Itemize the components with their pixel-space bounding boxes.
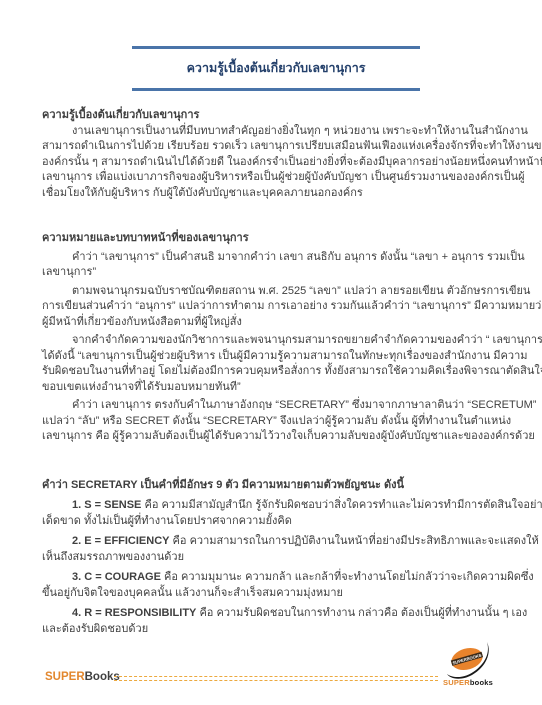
document-page: ความรู้เบื้องต้นเกี่ยวกับเลขานุการ ความร… — [0, 0, 542, 705]
logo-caption: SUPERbooks — [436, 678, 500, 687]
text-line: เด็ดขาด ทั้งไม่เป็นผู้ที่ทำงานโดยปราศจาก… — [42, 514, 504, 530]
paragraph: จากคำจำกัดความของนักวิชาการและพจนานุกรมส… — [42, 333, 504, 395]
section-heading: ความหมายและบทบาทหน้าที่ของเลขานุการ — [42, 231, 504, 247]
text-line: เห็นถึงสมรรถภาพของงานด้วย — [42, 550, 504, 566]
logo-super-text: SUPER — [443, 678, 470, 687]
acronym-term: 1. S = SENSE — [72, 499, 141, 511]
text-line: งานเลขานุการเป็นงานที่มีบทบาทสำคัญอย่างย… — [42, 124, 504, 140]
text-line: สามารถดำเนินการไปด้วย เรียบร้อย รวดเร็ว … — [42, 139, 504, 155]
acronym-item: 3. C = COURAGE คือ ความมุมานะ ความกล้า แ… — [42, 570, 504, 601]
acronym-item: 1. S = SENSE คือ ความมีสามัญสำนึก รู้จัก… — [42, 498, 504, 529]
text-line: คำว่า เลขานุการ ตรงกับคำในภาษาอังกฤษ “SE… — [42, 398, 504, 414]
acronym-definition: คือ ความมุมานะ ความกล้า และกล้าที่จะทำงา… — [161, 571, 534, 583]
page-title-banner: ความรู้เบื้องต้นเกี่ยวกับเลขานุการ — [132, 46, 420, 91]
acronym-item: 4. R = RESPONSIBILITY คือ ความรับผิดชอบใ… — [42, 606, 504, 637]
text-line: และต้องรับผิดชอบด้วย — [42, 622, 504, 638]
text-line: เลขานุการ” — [42, 265, 504, 281]
section-heading: ความรู้เบื้องต้นเกี่ยวกับเลขานุการ — [42, 108, 504, 124]
brand-super-text: SUPER — [45, 671, 85, 683]
logo-books-text: books — [470, 678, 493, 687]
superbooks-logo-icon: SUPERBOOKS — [442, 641, 494, 681]
text-line: ผู้มีหน้าที่เกี่ยวข้องกับหนังสือตามที่ผู… — [42, 315, 504, 331]
text-line: 3. C = COURAGE คือ ความมุมานะ ความกล้า แ… — [42, 570, 504, 586]
text-line: ตามพจนานุกรมฉบับราชบัณฑิตยสถาน พ.ศ. 2525… — [42, 284, 504, 300]
paragraph: คำว่า “เลขานุการ” เป็นคำสนธิ มาจากคำว่า … — [42, 250, 504, 281]
section-intro: ความรู้เบื้องต้นเกี่ยวกับเลขานุการ งานเล… — [42, 108, 504, 201]
section-meaning: ความหมายและบทบาทหน้าที่ของเลขานุการ คำว่… — [42, 231, 504, 445]
text-line: 4. R = RESPONSIBILITY คือ ความรับผิดชอบใ… — [42, 606, 504, 622]
acronym-definition: คือ ความสามารถในการปฏิบัติงานในหน้าที่อย… — [170, 535, 539, 547]
text-line: 2. E = EFFICIENCY คือ ความสามารถในการปฏิ… — [42, 534, 504, 550]
text-line: การเขียนส่วนคำว่า “อนุการ” แปลว่าการทำตา… — [42, 299, 504, 315]
acronym-term: 3. C = COURAGE — [72, 571, 161, 583]
document-body: ความรู้เบื้องต้นเกี่ยวกับเลขานุการ งานเล… — [42, 108, 504, 637]
acronym-item: 2. E = EFFICIENCY คือ ความสามารถในการปฏิ… — [42, 534, 504, 565]
text-line: จากคำจำกัดความของนักวิชาการและพจนานุกรมส… — [42, 333, 504, 349]
text-line: แปลว่า “ลับ” หรือ SECRET ดังนั้น “SECRET… — [42, 414, 504, 430]
text-line: ได้ดังนี้ “เลขานุการเป็นผู้ช่วยผู้บริหาร… — [42, 349, 504, 365]
paragraph: ตามพจนานุกรมฉบับราชบัณฑิตยสถาน พ.ศ. 2525… — [42, 284, 504, 331]
acronym-definition: คือ ความรับผิดชอบในการทำงาน กล่าวคือ ต้อ… — [196, 607, 527, 619]
text-line: 1. S = SENSE คือ ความมีสามัญสำนึก รู้จัก… — [42, 498, 504, 514]
acronym-term: 4. R = RESPONSIBILITY — [72, 607, 196, 619]
footer-dashed-line — [114, 676, 438, 681]
text-line: ขอบเขตแห่งอำนาจที่ได้รับมอบหมายทันที” — [42, 380, 504, 396]
footer-brand-left: SUPERBooks — [45, 671, 120, 683]
text-line: องค์กรนั้น ๆ สามารถดำเนินไปได้ด้วยดี ในอ… — [42, 155, 504, 171]
text-line: รับผิดชอบในงานที่ทำอยู่ โดยไม่ต้องมีการค… — [42, 364, 504, 380]
paragraph: คำว่า เลขานุการ ตรงกับคำในภาษาอังกฤษ “SE… — [42, 398, 504, 445]
acronym-term: 2. E = EFFICIENCY — [72, 535, 170, 547]
text-line: คำว่า “เลขานุการ” เป็นคำสนธิ มาจากคำว่า … — [42, 250, 504, 266]
publisher-logo: SUPERBOOKS SUPERbooks — [436, 641, 500, 687]
text-line: เลขานุการ คือ ผู้รู้ความลับต้องเป็นผู้ได… — [42, 429, 504, 445]
section-secretary-acronym: คำว่า SECRETARY เป็นคำที่มีอักษร 9 ตัว ม… — [42, 478, 504, 638]
text-line: เชื่อมโยงให้กับผู้บริหาร กับผู้ใต้บังคับ… — [42, 186, 504, 202]
text-line: เลขานุการ เพื่อแบ่งเบาภารกิจของผู้บริหาร… — [42, 170, 504, 186]
acronym-definition: คือ ความมีสามัญสำนึก รู้จักรับผิดชอบว่าส… — [141, 499, 542, 511]
text-line: ขึ้นอยู่กับจิตใจของบุคคลนั้น แล้วงานก็จะ… — [42, 586, 504, 602]
section-heading: คำว่า SECRETARY เป็นคำที่มีอักษร 9 ตัว ม… — [42, 478, 504, 494]
page-title: ความรู้เบื้องต้นเกี่ยวกับเลขานุการ — [132, 58, 420, 78]
